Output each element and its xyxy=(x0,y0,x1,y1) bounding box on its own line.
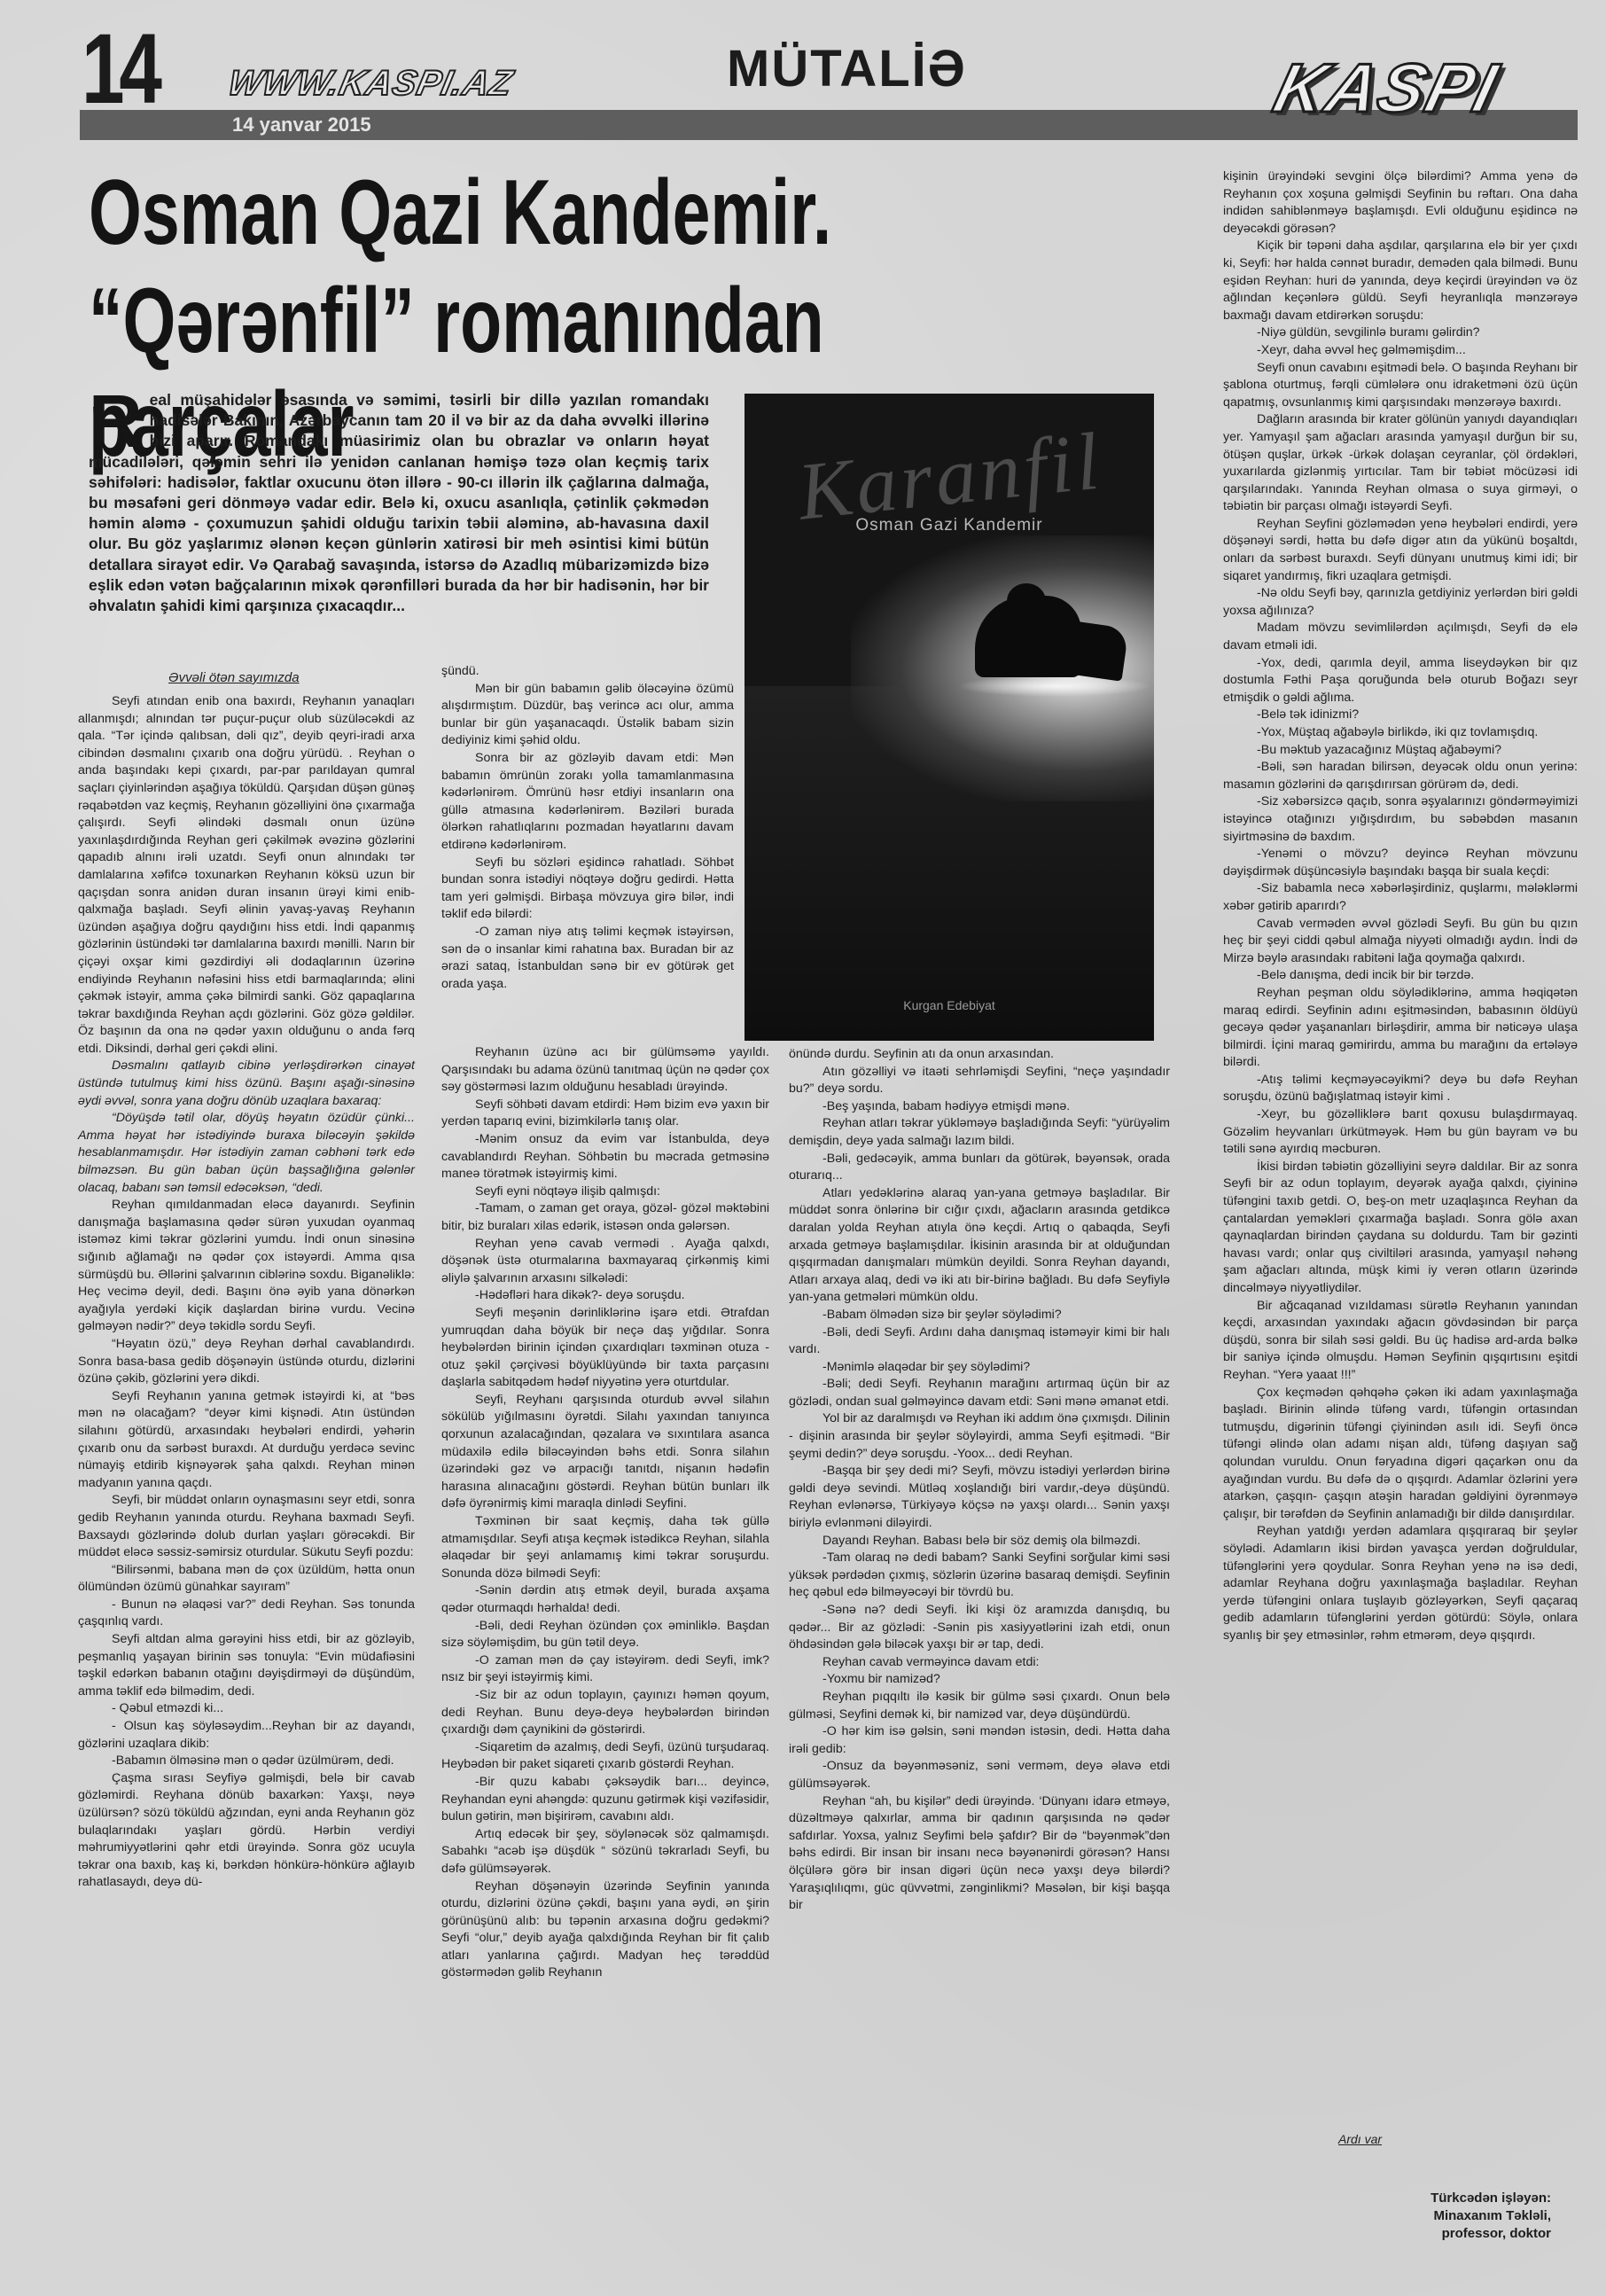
paragraph: Dağların arasında bir krater gölünün yan… xyxy=(1223,411,1578,516)
article-lead: R eal müşahidələr əsasında və səmimi, tə… xyxy=(89,390,709,616)
lead-text: eal müşahidələr əsasında və səmimi, təsi… xyxy=(89,391,709,614)
paragraph: -Yoxmu bir namizəd? xyxy=(789,1671,1170,1689)
paragraph: - Qəbul etməzdi ki... xyxy=(78,1700,415,1718)
paragraph: -Tamam, o zaman get oraya, gözəl- gözəl … xyxy=(441,1200,769,1235)
paragraph: -Babamın ölməsinə mən o qədər üzülmürəm,… xyxy=(78,1753,415,1770)
paragraph: -Bəli; dedi Seyfi. Reyhanın marağını art… xyxy=(789,1376,1170,1410)
paragraph: -O zaman mən də çay istəyirəm. dedi Seyf… xyxy=(441,1652,769,1687)
paragraph: -Onsuz da bəyənməsəniz, səni verməm, dey… xyxy=(789,1758,1170,1792)
paragraph: -Bir quzu kababı çəksəydik barı... deyin… xyxy=(441,1774,769,1826)
issue-date: 14 yanvar 2015 xyxy=(232,113,371,137)
article-column-3: önündə durdu. Seyfinin atı da onun arxas… xyxy=(789,1046,1170,1915)
article-column-2-bottom: Reyhanın üzünə acı bir gülümsəmə yayıldı… xyxy=(441,1044,769,1982)
newspaper-page: 14 WWW.KASPI.AZ 14 yanvar 2015 MÜTALİƏ K… xyxy=(0,0,1606,2296)
paragraph: -Bəli, dedi Seyfi. Ardını daha danışmaq … xyxy=(789,1324,1170,1359)
paragraph: Cavab verməden əvvəl gözlədi Seyfi. Bu g… xyxy=(1223,916,1578,968)
paragraph: Seyfi altdan alma gərəyini hiss etdi, bi… xyxy=(78,1631,415,1700)
paragraph: Sonra bir az gözləyib davam etdi: Mən ba… xyxy=(441,750,734,855)
paragraph: -Yox, Müştaq ağabəylə birlikdə, iki qız … xyxy=(1223,724,1578,742)
paragraph: şündü. xyxy=(441,663,734,681)
paragraph: -Bəli, gedəcəyik, amma bunları da götürə… xyxy=(789,1151,1170,1185)
paragraph: Reyhan atları təkrar yükləməyə başladığı… xyxy=(789,1115,1170,1150)
paragraph: -Babam ölmədən sizə bir şeylər söylədimi… xyxy=(789,1307,1170,1324)
section-title: MÜTALİƏ xyxy=(727,39,967,98)
paragraph: -Xeyr, daha əvvəl heç gəlməmişdim... xyxy=(1223,342,1578,360)
paragraph: Seyfi atından enib ona baxırdı, Reyhanın… xyxy=(78,693,415,1058)
book-cover-image: Karanfil Osman Gazi Kandemir Kurgan Edeb… xyxy=(745,394,1154,1041)
paragraph: -Siz babamla necə xəbərləşirdiniz, quşla… xyxy=(1223,880,1578,915)
paragraph: “Həyatın özü,” deyə Reyhan dərhal cavabl… xyxy=(78,1336,415,1388)
paragraph: Təxminən bir saat keçmiş, daha tək güllə… xyxy=(441,1513,769,1582)
paragraph: -Siz bir az odun toplayın, çayınızı həmə… xyxy=(441,1687,769,1739)
paragraph: -Tam olaraq nə dedi babam? Sanki Seyfini… xyxy=(789,1550,1170,1602)
paragraph: Reyhan pıqqıltı ilə kəsik bir gülmə səsi… xyxy=(789,1689,1170,1723)
translator-label: Türkcədən işləyən: xyxy=(1365,2190,1551,2207)
cover-publisher: Kurgan Edebiyat xyxy=(745,998,1154,1012)
article-column-1: Seyfi atından enib ona baxırdı, Reyhanın… xyxy=(78,693,415,1892)
paragraph: -O hər kim isə gəlsin, səni məndən istəs… xyxy=(789,1723,1170,1758)
translator-name: Minaxanım Təkləli, xyxy=(1365,2207,1551,2225)
paragraph: İkisi birdən təbiətin gözəlliyini seyrə … xyxy=(1223,1159,1578,1298)
paragraph: Seyfi söhbəti davam etdirdi: Həm bizim e… xyxy=(441,1097,769,1131)
brand-logo: KASPI xyxy=(1267,53,1505,122)
paragraph: -Hədəfləri hara dikək?- deyə soruşdu. xyxy=(441,1287,769,1305)
paragraph: -Nə oldu Seyfi bəy, qarınızla getdiyiniz… xyxy=(1223,585,1578,620)
article-column-2-top: şündü.Mən bir gün babamın gəlib öləcəyin… xyxy=(441,663,734,993)
paragraph: Reyhan yenə cavab vermədi . Ayağa qalxdı… xyxy=(441,1236,769,1288)
paragraph: -Belə tək idinizmi? xyxy=(1223,707,1578,724)
paragraph: -Belə danışma, dedi incik bir bir tərzdə… xyxy=(1223,967,1578,985)
cover-floor-light xyxy=(957,676,1152,697)
paragraph: Mən bir gün babamın gəlib öləcəyinə özüm… xyxy=(441,681,734,750)
paragraph: - Bunun nə əlaqəsi var?” dedi Reyhan. Sə… xyxy=(78,1597,415,1631)
translator-title: professor, doktor xyxy=(1365,2225,1551,2243)
drop-cap: R xyxy=(89,392,143,450)
paragraph: Seyfi, Reyhanı qarşısında oturdub əvvəl … xyxy=(441,1392,769,1513)
continued-label: Ardı var xyxy=(1338,2132,1382,2146)
paragraph: -Sənin dərdin atış etmək deyil, burada a… xyxy=(441,1582,769,1617)
paragraph: Bir ağcaqanad vızıldaması sürətlə Reyhan… xyxy=(1223,1298,1578,1385)
paragraph: Reyhan Seyfini gözləmədən yenə heybələri… xyxy=(1223,516,1578,585)
paragraph: Reyhan döşənəyin üzərində Seyfinin yanın… xyxy=(441,1878,769,1983)
paragraph: Çaşma sırası Seyfiyə gəlmişdi, belə bir … xyxy=(78,1770,415,1892)
paragraph: -Bəli, dedi Reyhan özündən çox əminliklə… xyxy=(441,1618,769,1652)
site-url: WWW.KASPI.AZ xyxy=(224,64,517,104)
paragraph: Yol bir az daralmışdı və Reyhan iki addı… xyxy=(789,1410,1170,1463)
paragraph: Seyfi meşənin dərinliklərinə işarə etdi.… xyxy=(441,1305,769,1392)
paragraph: Reyhan cavab verməyincə davam etdi: xyxy=(789,1654,1170,1672)
paragraph: -Yox, dedi, qarımla deyil, amma liseydəy… xyxy=(1223,655,1578,707)
paragraph: -Sənə nə? dedi Seyfi. İki kişi öz aramız… xyxy=(789,1602,1170,1654)
paragraph: Atları yedəklərinə alaraq yan-yana getmə… xyxy=(789,1185,1170,1307)
paragraph: -Mənimlə əlaqədar bir şey söylədimi? xyxy=(789,1359,1170,1377)
paragraph: Seyfi, bir müddət onların oynaşmasını se… xyxy=(78,1492,415,1561)
paragraph: Reyhan qımıldanmadan eləcə dayanırdı. Se… xyxy=(78,1197,415,1336)
page-number: 14 xyxy=(82,20,157,119)
paragraph: Reyhan yatdığı yerdən adamlara qışqırara… xyxy=(1223,1523,1578,1644)
paragraph: -Bu məktub yazacağınız Müştaq ağabəymi? xyxy=(1223,742,1578,760)
paragraph: Seyfi onun cavabını eşitmədi belə. O baş… xyxy=(1223,360,1578,412)
paragraph: Seyfi Reyhanın yanına getmək istəyirdi k… xyxy=(78,1388,415,1493)
paragraph: -Atış təlimi keçməyəcəyikmi? deyə bu dəf… xyxy=(1223,1072,1578,1106)
paragraph: “Bilirsənmi, babana mən də çox üzüldüm, … xyxy=(78,1562,415,1597)
cover-author: Osman Gazi Kandemir xyxy=(745,516,1154,535)
paragraph: -Beş yaşında, babam hədiyyə etmişdi mənə… xyxy=(789,1098,1170,1116)
paragraph: Kiçik bir təpəni daha aşdılar, qarşıları… xyxy=(1223,238,1578,324)
paragraph: “Döyüşdə tətil olar, döyüş həyatın özüdü… xyxy=(78,1110,415,1197)
paragraph: -Niyə güldün, sevgilinlə buramı gəlirdin… xyxy=(1223,324,1578,342)
paragraph: Reyhan peşman oldu söylədiklərinə, amma … xyxy=(1223,985,1578,1072)
paragraph: Reyhan “ah, bu kişilər” dedi ürəyində. ‘… xyxy=(789,1793,1170,1915)
paragraph: önündə durdu. Seyfinin atı da onun arxas… xyxy=(789,1046,1170,1064)
paragraph: Dəsmalını qatlayıb cibinə yerləşdirərkən… xyxy=(78,1058,415,1110)
paragraph: -Yenəmi o mövzu? deyincə Reyhan mövzunu … xyxy=(1223,846,1578,880)
paragraph: -Siqaretim də azalmış, dedi Seyfi, üzünü… xyxy=(441,1739,769,1774)
headline-line-1: Osman Qazi Kandemir. xyxy=(89,161,902,264)
paragraph: - Olsun kaş söyləsəydim...Reyhan bir az … xyxy=(78,1718,415,1753)
translator-credit: Türkcədən işləyən: Minaxanım Təkləli, pr… xyxy=(1365,2190,1551,2243)
paragraph: Madam mövzu sevimlilərdən açılmışdı, Sey… xyxy=(1223,620,1578,654)
paragraph: Artıq edəcək bir şey, söylənəcək söz qal… xyxy=(441,1826,769,1878)
paragraph: Atın gözəlliyi və itaəti sehrləmişdi Sey… xyxy=(789,1064,1170,1098)
paragraph: kişinin ürəyindəki sevgini ölçə bilərdim… xyxy=(1223,168,1578,238)
previous-issue-label: Əvvəli ötən sayımızda xyxy=(168,670,300,685)
paragraph: -O zaman niyə atış təlimi keçmək istəyir… xyxy=(441,924,734,993)
paragraph: Seyfi bu sözləri eşidincə rahatladı. Söh… xyxy=(441,855,734,924)
silhouette-head xyxy=(1007,583,1046,619)
article-column-4: kişinin ürəyindəki sevgini ölçə bilərdim… xyxy=(1223,168,1578,1644)
paragraph: -Xeyr, bu gözəlliklərə barıt qoxusu bula… xyxy=(1223,1106,1578,1159)
paragraph: Dayandı Reyhan. Babası belə bir söz demi… xyxy=(789,1533,1170,1550)
paragraph: -Başqa bir şey dedi mi? Seyfi, mövzu ist… xyxy=(789,1463,1170,1532)
paragraph: -Siz xəbərsizcə qaçıb, sonra əşyalarınız… xyxy=(1223,793,1578,846)
paragraph: Çox keçmədən qəhqəhə çəkən iki adam yaxı… xyxy=(1223,1385,1578,1524)
paragraph: -Mənim onsuz da evim var İstanbulda, dey… xyxy=(441,1131,769,1183)
paragraph: Seyfi eyni nöqtəyə ilişib qalmışdı: xyxy=(441,1183,769,1201)
paragraph: Reyhanın üzünə acı bir gülümsəmə yayıldı… xyxy=(441,1044,769,1097)
paragraph: -Bəli, sən haradan bilirsən, deyəcək old… xyxy=(1223,759,1578,793)
